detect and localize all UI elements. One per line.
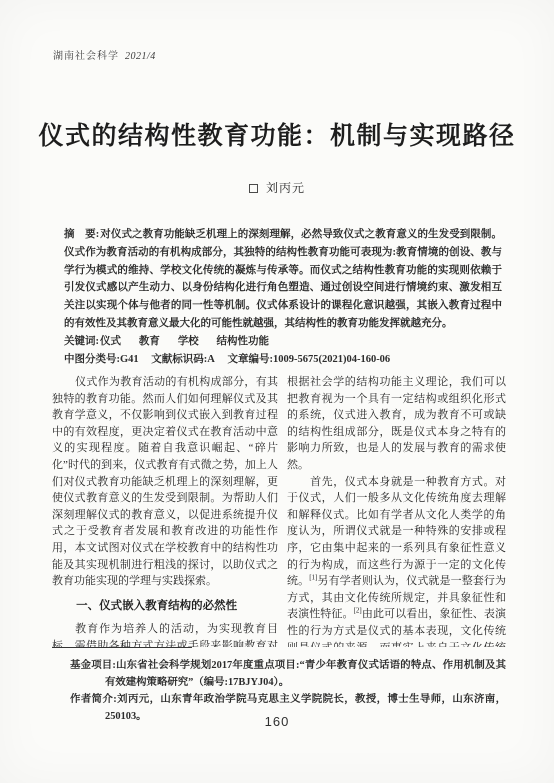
body-paragraph-1: 仪式作为教育活动的有机构成部分，有其独特的教育功能。然而人们如何理解仪式及其教育… [52,374,278,590]
fund-project-note: 基金项目:山东省社会科学规划2017年度重点项目:“青少年教育仪式话语的特点、作… [70,657,506,691]
citation-ref-2: [2] [354,607,362,615]
doc-code-label: 文献标识码: [151,354,207,365]
keywords-label: 关键词: [64,336,99,347]
right-column: 根据社会学的结构功能主义理论，我们可以把教育视为一个具有一定结构或组织化形式的系… [287,374,506,647]
body-paragraph-2-continuation: 根据社会学的结构功能主义理论，我们可以把教育视为一个具有一定结构或组织化形式的系… [287,374,506,474]
keywords-line: 关键词:仪式教育学校结构性功能 [64,333,502,351]
page-number: 160 [0,714,554,729]
body-paragraph-2: 教育作为培养人的活动，为实现教育目标，需借助各种方式方法或手段来影响教育对象的发… [52,621,278,647]
fund-project-label: 基金项目: [70,660,116,671]
left-column: 仪式作为教育活动的有机构成部分，有其独特的教育功能。然而人们如何理解仪式及其教育… [52,374,278,647]
journal-name: 湖南社会科学 [53,51,119,62]
article-body: 仪式作为教育活动的有机构成部分，有其独特的教育功能。然而人们如何理解仪式及其教育… [52,374,506,647]
journal-page: 湖南社会科学2021/4 仪式的结构性教育功能：机制与实现路径 刘丙元 摘 要:… [0,0,554,783]
clc-pair: 中图分类号:G41 [64,354,139,365]
abstract-text: 对仪式之教育功能缺乏机理上的深刻理解，必然导致仪式之教育意义的生发受到限制。仪式… [64,229,502,329]
author-line: 刘丙元 [0,179,554,196]
body-paragraph-3: 首先，仪式本身就是一种教育方式。对于仪式，人们一般多从文化传统角度去理解和解释仪… [287,474,506,647]
footnote-divider [52,647,192,648]
keyword: 仪式 [100,336,121,347]
clc-value: G41 [120,354,139,365]
keyword: 结构性功能 [217,336,270,347]
article-no-label: 文章编号: [227,354,273,365]
paragraph-segment: 首先，仪式本身就是一种教育方式。对于仪式，人们一般多从文化传统角度去理解和解释仪… [287,476,506,588]
article-title: 仪式的结构性教育功能：机制与实现路径 [0,116,554,152]
article-no-value: 1009-5675(2021)04-160-06 [273,354,390,365]
abstract-paragraph: 摘 要:对仪式之教育功能缺乏机理上的深刻理解，必然导致仪式之教育意义的生发受到限… [64,226,502,333]
article-no-pair: 文章编号:1009-5675(2021)04-160-06 [227,354,390,365]
author-name: 刘丙元 [266,181,305,195]
doc-code-pair: 文献标识码:A [151,354,215,365]
keyword: 学校 [178,336,199,347]
journal-issue: 2021/4 [125,51,156,62]
journal-header: 湖南社会科学2021/4 [53,47,156,62]
abstract-label: 摘 要: [64,229,99,240]
section-heading-1: 一、仪式嵌入教育结构的必然性 [52,598,278,615]
author-bio-label: 作者简介: [70,694,117,705]
clc-label: 中图分类号: [64,354,120,365]
fund-project-text: 山东省社会科学规划2017年度重点项目:“青少年教育仪式话语的特点、作用机制及其… [105,660,506,688]
keyword: 教育 [139,336,160,347]
doc-code-value: A [207,354,215,365]
author-square-icon [249,184,258,193]
abstract-block: 摘 要:对仪式之教育功能缺乏机理上的深刻理解，必然导致仪式之教育意义的生发受到限… [64,226,502,368]
classification-line: 中图分类号:G41文献标识码:A文章编号:1009-5675(2021)04-1… [64,351,502,369]
